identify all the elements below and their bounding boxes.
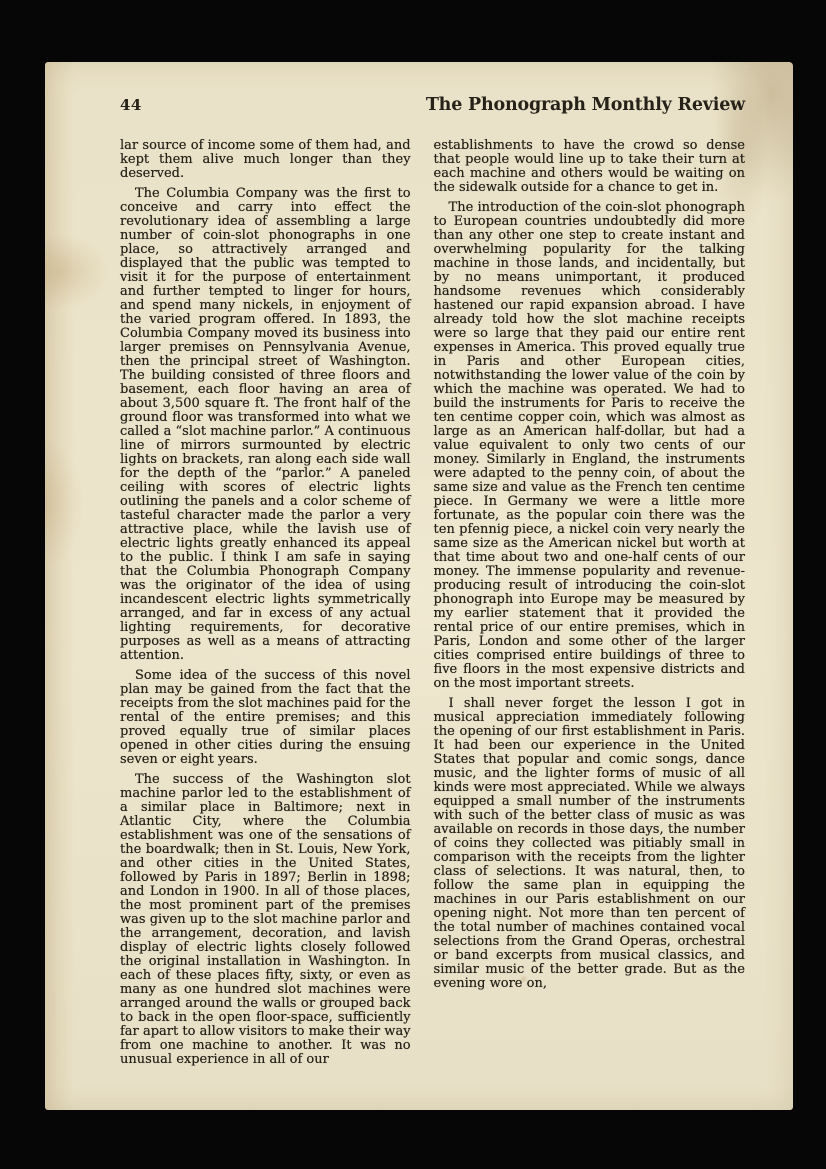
page-content: 44 The Phonograph Monthly Review lar sou… [45,62,793,1110]
scan-background: 44 The Phonograph Monthly Review lar sou… [0,0,826,1169]
right-column: establishments to have the crowd so dens… [434,139,745,1067]
page-body: lar source of income some of them had, a… [120,139,745,1067]
paragraph: The Columbia Company was the first to co… [120,187,411,663]
magazine-page: 44 The Phonograph Monthly Review lar sou… [45,62,793,1110]
page-number: 44 [120,96,142,114]
page-header: 44 The Phonograph Monthly Review [120,95,745,115]
paragraph: lar source of income some of them had, a… [120,139,411,181]
paragraph: establishments to have the crowd so dens… [434,139,745,195]
paragraph: Some idea of the success of this novel p… [120,669,411,767]
left-column: lar source of income some of them had, a… [120,139,411,1067]
paragraph: The introduction of the coin-slot phonog… [434,201,745,691]
journal-title: The Phonograph Monthly Review [426,95,745,115]
paragraph: The success of the Washington slot machi… [120,773,411,1067]
paragraph: I shall never forget the lesson I got in… [434,697,745,991]
